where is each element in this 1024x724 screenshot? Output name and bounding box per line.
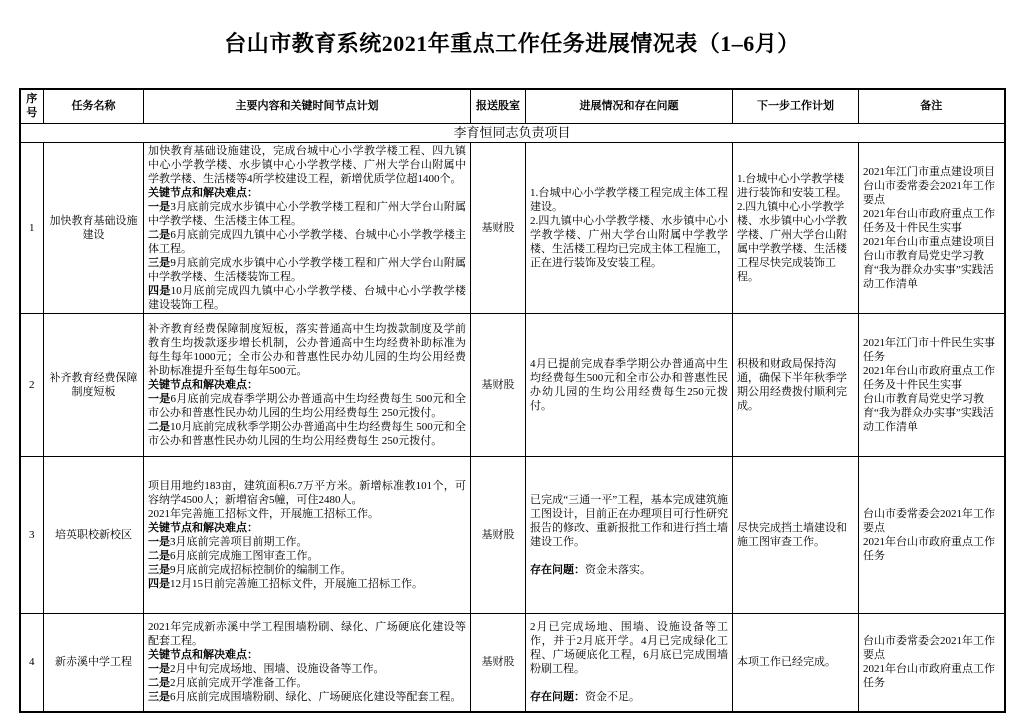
col-header-task-name: 任务名称 — [44, 89, 144, 123]
cell-progress: 已完成“三通一平”工程，基本完成建筑施工图设计，目前正在办理项目可行性研究报告的… — [526, 456, 733, 613]
cell-task-name: 补齐教育经费保障制度短板 — [44, 313, 144, 456]
col-header-remarks: 备注 — [859, 89, 1005, 123]
cell-remarks: 台山市委常委会2021年工作要点2021年台山市政府重点工作任务 — [859, 456, 1005, 613]
cell-next-plan: 积极和财政局保持沟通，确保下半年秋季学期公用经费拨付顺利完成。 — [733, 313, 859, 456]
cell-task-name: 加快教育基础设施建设 — [44, 142, 144, 313]
document-page: 台山市教育系统2021年重点工作任务进展情况表（1–6月） 序号 任务名称 主要… — [0, 0, 1024, 724]
cell-next-plan: 尽快完成挡土墙建设和施工图审查工作。 — [733, 456, 859, 613]
cell-dept: 基财股 — [471, 613, 526, 712]
cell-progress: 4月已提前完成春季学期公办普通高中生均经费每生500元和全市公办和普惠性民办幼儿… — [526, 313, 733, 456]
col-header-dept: 报送股室 — [471, 89, 526, 123]
cell-progress: 2月已完成场地、围墙、设施设备等工作，并于2月底开学。4月已完成绿化工程、广场硬… — [526, 613, 733, 712]
table-row-2: 2 补齐教育经费保障制度短板 补齐教育经费保障制度短板，落实普通高中生均拨款制度… — [20, 313, 1005, 456]
cell-remarks: 台山市委常委会2021年工作要点2021年台山市政府重点工作任务 — [859, 613, 1005, 712]
cell-content-plan: 补齐教育经费保障制度短板，落实普通高中生均拨款制度及学前教育生均拨款逐步增长机制… — [144, 313, 471, 456]
table-row-4: 4 新赤溪中学工程 2021年完成新赤溪中学工程围墙粉刷、绿化、广场硬底化建设等… — [20, 613, 1005, 712]
cell-content-plan: 项目用地约183亩，建筑面积6.7万平方米。新增标准教101个，可容纳学4500… — [144, 456, 471, 613]
cell-remarks: 2021年江门市重点建设项目台山市委常委会2021年工作要点2021年台山市政府… — [859, 142, 1005, 313]
cell-no: 3 — [20, 456, 44, 613]
cell-task-name: 新赤溪中学工程 — [44, 613, 144, 712]
cell-no: 4 — [20, 613, 44, 712]
col-header-content-plan: 主要内容和关键时间节点计划 — [144, 89, 471, 123]
section-row: 李育恒同志负责项目 — [20, 123, 1005, 142]
page-title: 台山市教育系统2021年重点工作任务进展情况表（1–6月） — [0, 0, 1024, 60]
col-header-next-plan: 下一步工作计划 — [733, 89, 859, 123]
cell-task-name: 培英职校新校区 — [44, 456, 144, 613]
cell-next-plan: 1.台城中心小学教学楼进行装饰和安装工程。2.四九镇中心小学教学楼、水步镇中心小… — [733, 142, 859, 313]
cell-progress: 1.台城中心小学教学楼工程完成主体工程建设。2.四九镇中心小学教学楼、水步镇中心… — [526, 142, 733, 313]
table-row-1: 1 加快教育基础设施建设 加快教育基础设施建设，完成台城中心小学教学楼工程、四九… — [20, 142, 1005, 313]
progress-table: 序号 任务名称 主要内容和关键时间节点计划 报送股室 进展情况和存在问题 下一步… — [19, 88, 1006, 713]
cell-content-plan: 2021年完成新赤溪中学工程围墙粉刷、绿化、广场硬底化建设等配套工程。关键节点和… — [144, 613, 471, 712]
cell-dept: 基财股 — [471, 456, 526, 613]
cell-dept: 基财股 — [471, 313, 526, 456]
section-header: 李育恒同志负责项目 — [20, 123, 1005, 142]
cell-dept: 基财股 — [471, 142, 526, 313]
col-header-progress: 进展情况和存在问题 — [526, 89, 733, 123]
table-header-row: 序号 任务名称 主要内容和关键时间节点计划 报送股室 进展情况和存在问题 下一步… — [20, 89, 1005, 123]
cell-remarks: 2021年江门市十件民生实事任务2021年台山市政府重点工作任务及十件民生实事台… — [859, 313, 1005, 456]
cell-next-plan: 本项工作已经完成。 — [733, 613, 859, 712]
cell-no: 1 — [20, 142, 44, 313]
cell-content-plan: 加快教育基础设施建设，完成台城中心小学教学楼工程、四九镇中心小学教学楼、水步镇中… — [144, 142, 471, 313]
col-header-no: 序号 — [20, 89, 44, 123]
table-row-3: 3 培英职校新校区 项目用地约183亩，建筑面积6.7万平方米。新增标准教101… — [20, 456, 1005, 613]
cell-no: 2 — [20, 313, 44, 456]
